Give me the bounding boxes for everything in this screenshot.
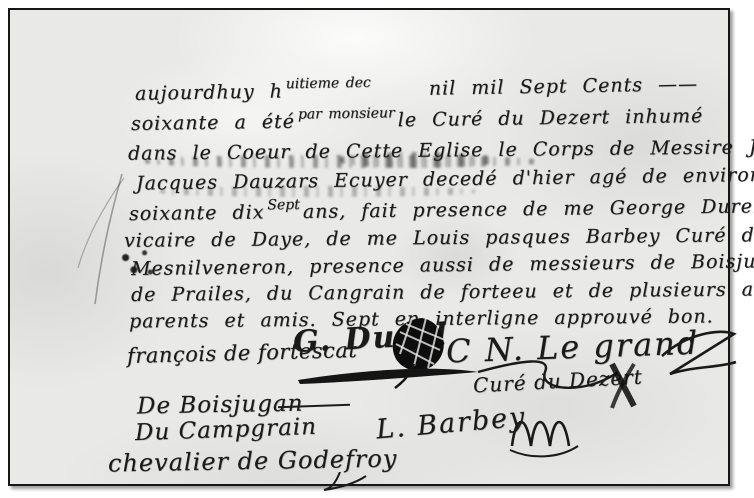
manuscript-line: de Prailes, du Cangrain de forteeu et de… <box>131 278 754 306</box>
interline-insertion: uitieme dec <box>286 75 371 92</box>
legrand-flourish-icon <box>658 326 738 382</box>
interline-insertion: par monsieur <box>298 105 395 122</box>
manuscript-line: Mesnilveneron, presence aussi de messieu… <box>131 250 754 280</box>
line-text: aujourdhuy h <box>135 80 283 105</box>
manuscript-line: Jacques Dauzars Ecuyer decedé d'hier agé… <box>136 163 754 194</box>
manuscript-line: aujourdhuy huitieme decnil mil Sept Cent… <box>135 73 698 105</box>
barbey-paraph-icon <box>502 400 586 462</box>
manuscript-line: dans le Coeur de Cette Eglise le Corps d… <box>128 135 754 165</box>
manuscript-line: vicaire de Daye, de me Louis pasques Bar… <box>124 224 754 252</box>
line-text: soixante a été <box>131 111 295 135</box>
line-text: nil mil Sept Cents —— <box>429 73 699 100</box>
manuscript-line: soixante a étépar monsieurle Curé du Dez… <box>131 105 704 135</box>
line-text: dans le Coeur de Cette Eglise le Corps d… <box>128 135 754 165</box>
interline-insertion: Sept <box>267 197 300 213</box>
line-text: ans, fait presence de me George Durel — <box>303 195 754 223</box>
margin-pen-mark-icon <box>72 168 130 313</box>
document-frame: aujourdhuy huitieme decnil mil Sept Cent… <box>8 8 730 486</box>
signature-flourish <box>310 472 370 492</box>
line-text: Mesnilveneron, presence aussi de messieu… <box>131 250 754 280</box>
line-text: le Curé du Dezert inhumé <box>398 105 704 131</box>
dezert-cross-stroke-icon <box>602 360 644 410</box>
line-text: de Prailes, du Cangrain de forteeu et de… <box>131 278 754 306</box>
manuscript-line: soixante dixSeptans, fait presence de me… <box>129 195 754 225</box>
scanned-manuscript-page: aujourdhuy huitieme decnil mil Sept Cent… <box>0 0 754 498</box>
line-text: soixante dix <box>129 201 265 225</box>
line-text: Jacques Dauzars Ecuyer decedé d'hier agé… <box>136 163 754 194</box>
line-text: vicaire de Daye, de me Louis pasques Bar… <box>124 224 754 252</box>
signature-campgrain: Du Campgrain <box>135 414 318 446</box>
